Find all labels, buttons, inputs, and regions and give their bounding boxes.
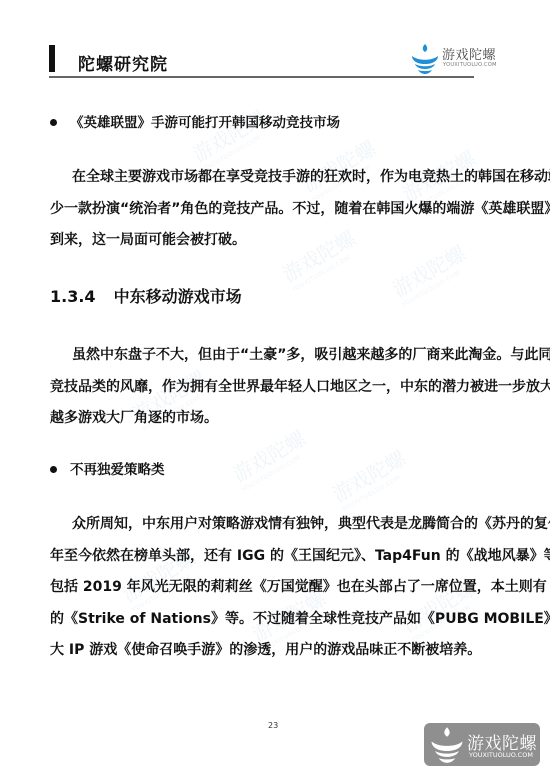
page-number: 23 xyxy=(268,721,278,730)
bullet-text: 不再独爱策略类 xyxy=(70,462,165,478)
gyroscope-logo-icon xyxy=(429,726,465,764)
header-accent-bar xyxy=(49,45,55,72)
section-title: 中东移动游戏市场 xyxy=(114,287,242,306)
logo-wordmark: 游戏陀螺 xyxy=(442,44,496,63)
paragraph-line: 到来，这一局面可能会被打破。 xyxy=(50,225,502,257)
paragraph-middle-east: 虽然中东盘子不大，但由于“土豪”多，吸引越来越多的厂商来此淘金。与此同时，随着 … xyxy=(50,340,502,435)
bullet-icon xyxy=(50,466,57,473)
header-rule xyxy=(49,76,474,78)
paragraph-line: 虽然中东盘子不大，但由于“土豪”多，吸引越来越多的厂商来此淘金。与此同时，随着 xyxy=(50,340,502,372)
bullet-heading-strategy: 不再独爱策略类 xyxy=(50,458,165,478)
paragraph-line: 大 IP 游戏《使命召唤手游》的渗透，用户的游戏品味正不断被培养。 xyxy=(50,635,502,667)
gyroscope-logo-icon xyxy=(410,43,440,75)
bullet-icon xyxy=(50,119,57,126)
footer-logo-url: YOUXITUOLUO.COM xyxy=(469,751,533,759)
section-heading: 1.3.4中东移动游戏市场 xyxy=(50,284,242,307)
bullet-text: 《英雄联盟》手游可能打开韩国移动竞技市场 xyxy=(70,115,340,131)
logo-url: YOUXITUOLUO.COM xyxy=(443,62,497,68)
bullet-heading-lol: 《英雄联盟》手游可能打开韩国移动竞技市场 xyxy=(50,111,340,131)
paragraph-strategy: 众所周知，中东用户对策略游戏情有独钟，典型代表是龙腾简合的《苏丹的复仇》，自 2… xyxy=(50,509,502,667)
paragraph-line: 众所周知，中东用户对策略游戏情有独钟，典型代表是龙腾简合的《苏丹的复仇》，自 2… xyxy=(50,509,502,541)
watermark: 游戏陀螺YOUXITUOLUO.COM xyxy=(326,442,413,513)
paragraph-line: 竞技品类的风靡，作为拥有全世界最年轻人口地区之一，中东的潜力被进一步放大，成为越… xyxy=(50,372,502,404)
paragraph-line: 少一款扮演“统治者”角色的竞技产品。不过，随着在韩国火爆的端游《英雄联盟》手游版… xyxy=(50,194,502,226)
paragraph-line: 年至今依然在榜单头部，还有 IGG 的《王国纪元》、Tap4Fun 的《战地风暴… xyxy=(50,541,502,573)
paragraph-lol: 在全球主要游戏市场都在享受竞技手游的狂欢时，作为电竞热土的韩国在移动端却一直缺 … xyxy=(50,162,502,257)
paragraph-line: 的《Strike of Nations》等。不过随着全球性竞技产品如《PUBG … xyxy=(50,604,502,636)
footer-logo-badge: 游戏陀螺 YOUXITUOLUO.COM xyxy=(424,723,540,766)
header-logo: 游戏陀螺 YOUXITUOLUO.COM xyxy=(410,43,505,75)
section-number: 1.3.4 xyxy=(50,287,96,306)
header-title: 陀螺研究院 xyxy=(78,50,168,75)
paragraph-line: 在全球主要游戏市场都在享受竞技手游的狂欢时，作为电竞热土的韩国在移动端却一直缺 xyxy=(50,162,502,194)
paragraph-line: 包括 2019 年风光无限的莉莉丝《万国觉醒》也在头部占了一席位置，本土则有 B… xyxy=(50,572,502,604)
paragraph-line: 越多游戏大厂角逐的市场。 xyxy=(50,403,502,435)
